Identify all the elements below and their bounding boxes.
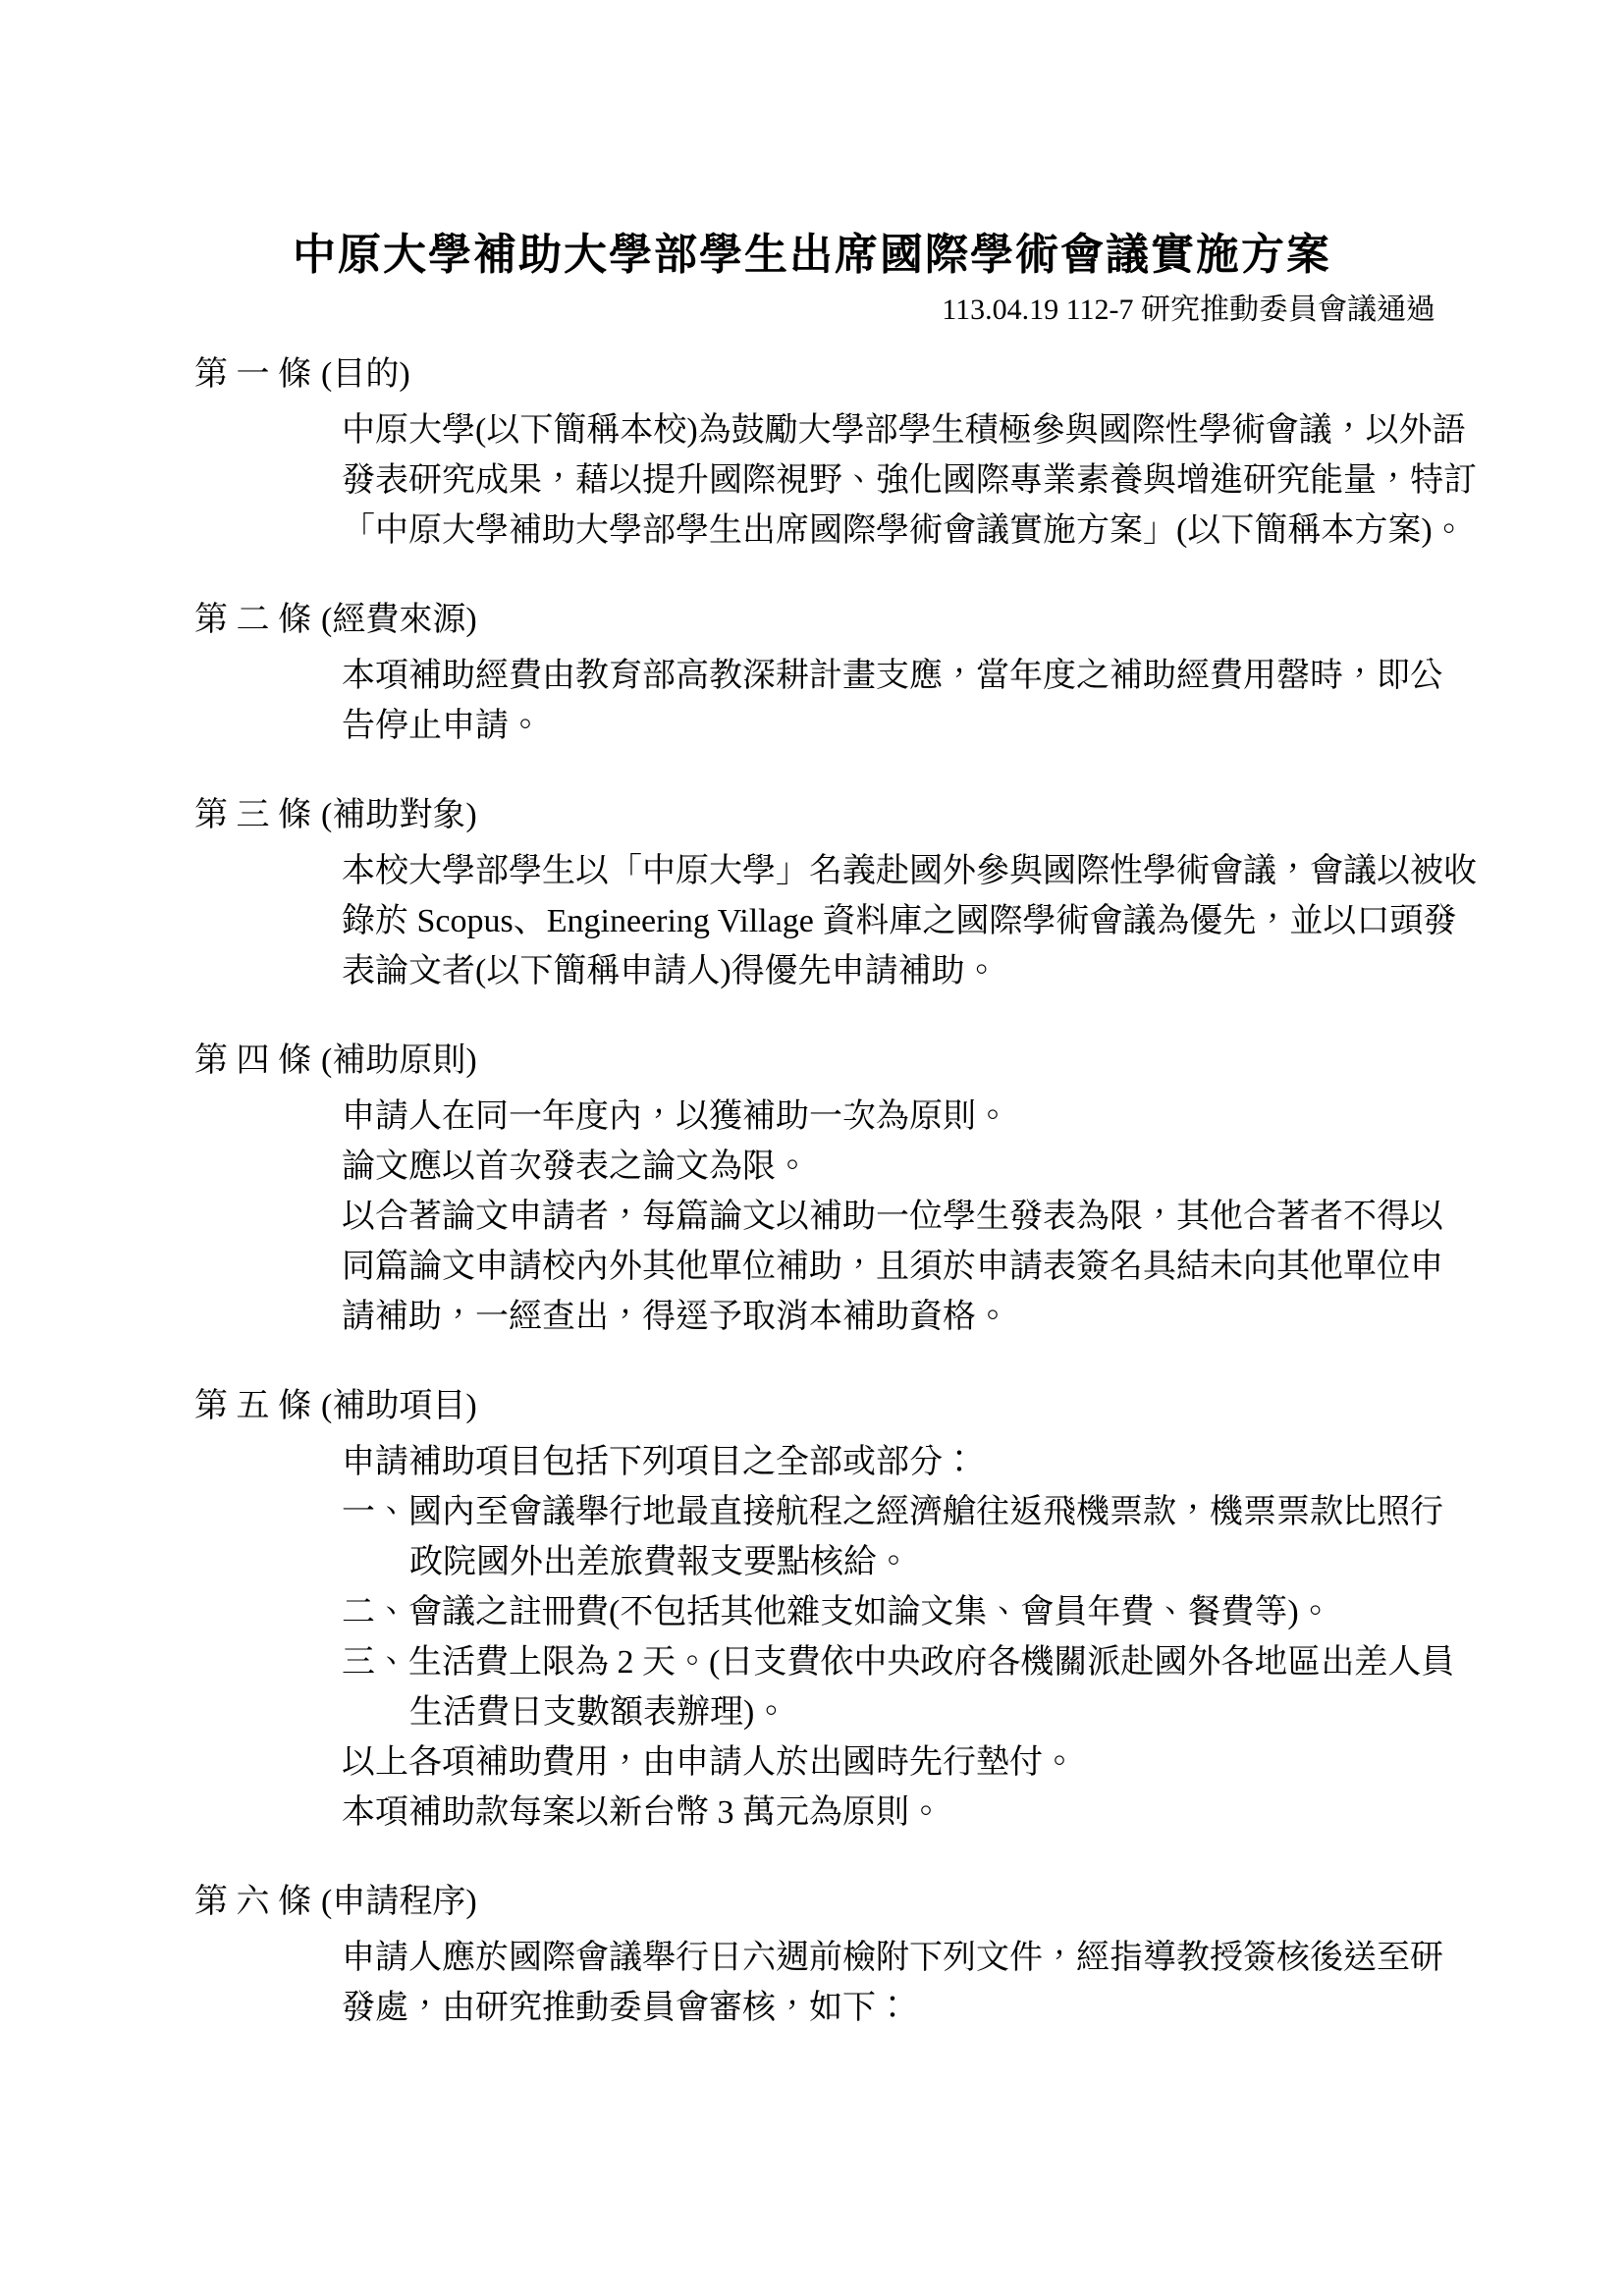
article-head: 第 五 條(補助項目)	[194, 1381, 1467, 1431]
body-line: 請補助，一經查出，得逕予取消本補助資格。	[342, 1292, 1467, 1342]
article-label: 第 六 條	[194, 1884, 311, 1920]
article-body: 申請人應於國際會議舉行日六週前檢附下列文件，經指導教授簽核後送至研發處，由研究推…	[194, 1933, 1467, 2033]
approval-note: 113.04.19 112-7 研究推動委員會議通過	[0, 291, 1435, 330]
article-body: 申請補助項目包括下列項目之全部或部分：一、國內至會議舉行地最直接航程之經濟艙往返…	[194, 1437, 1467, 1838]
article-body: 本項補助經費由教育部高教深耕計畫支應，當年度之補助經費用罄時，即公告停止申請。	[194, 651, 1467, 751]
body-line: 中原大學(以下簡稱本校)為鼓勵大學部學生積極參與國際性學術會議，以外語	[342, 405, 1467, 455]
article-head: 第 六 條(申請程序)	[194, 1877, 1467, 1927]
body-line: 本項補助款每案以新台幣 3 萬元為原則。	[342, 1788, 1467, 1838]
article-label: 第 三 條	[194, 797, 311, 833]
body-line: 發表研究成果，藉以提升國際視野、強化國際專業素養與增進研究能量，特訂	[342, 455, 1467, 506]
body-line: 申請人應於國際會議舉行日六週前檢附下列文件，經指導教授簽核後送至研	[342, 1933, 1467, 1983]
article-heading: (補助原則)	[321, 1042, 477, 1079]
body-line: 三、生活費上限為 2 天。(日支費依中央政府各機關派赴國外各地區出差人員	[342, 1637, 1467, 1687]
body-line: 一、國內至會議舉行地最直接航程之經濟艙往返飛機票款，機票票款比照行	[342, 1487, 1467, 1537]
article-head: 第 二 條(經費來源)	[194, 595, 1467, 645]
body-line: 本項補助經費由教育部高教深耕計畫支應，當年度之補助經費用罄時，即公	[342, 651, 1467, 701]
body-line: 生活費日支數額表辦理)。	[409, 1687, 1467, 1737]
article-heading: (經費來源)	[321, 602, 477, 638]
document-page: 中原大學補助大學部學生出席國際學術會議實施方案 113.04.19 112-7 …	[0, 0, 1624, 2296]
document-title: 中原大學補助大學部學生出席國際學術會議實施方案	[0, 228, 1624, 283]
body-line: 申請補助項目包括下列項目之全部或部分：	[342, 1437, 1467, 1487]
body-line: 二、會議之註冊費(不包括其他雜支如論文集、會員年費、餐費等)。	[342, 1587, 1467, 1637]
article-label: 第 二 條	[194, 602, 311, 638]
body-line: 論文應以首次發表之論文為限。	[342, 1142, 1467, 1192]
article-label: 第 五 條	[194, 1388, 311, 1424]
body-line: 錄於 Scopus、Engineering Village 資料庫之國際學術會議…	[342, 896, 1467, 946]
body-line: 發處，由研究推動委員會審核，如下：	[342, 1983, 1467, 2033]
article-heading: (目的)	[321, 356, 410, 393]
article: 第 四 條(補助原則)申請人在同一年度內，以獲補助一次為原則。論文應以首次發表之…	[194, 1036, 1467, 1342]
body-line: 以合著論文申請者，每篇論文以補助一位學生發表為限，其他合著者不得以	[342, 1192, 1467, 1242]
article: 第 六 條(申請程序)申請人應於國際會議舉行日六週前檢附下列文件，經指導教授簽核…	[194, 1877, 1467, 2033]
article: 第 一 條(目的)中原大學(以下簡稱本校)為鼓勵大學部學生積極參與國際性學術會議…	[194, 349, 1467, 556]
article-head: 第 三 條(補助對象)	[194, 790, 1467, 840]
article-label: 第 一 條	[194, 356, 311, 393]
article-label: 第 四 條	[194, 1042, 311, 1079]
article: 第 三 條(補助對象)本校大學部學生以「中原大學」名義赴國外參與國際性學術會議，…	[194, 790, 1467, 996]
article-head: 第 四 條(補助原則)	[194, 1036, 1467, 1086]
article: 第 二 條(經費來源)本項補助經費由教育部高教深耕計畫支應，當年度之補助經費用罄…	[194, 595, 1467, 751]
article-body: 申請人在同一年度內，以獲補助一次為原則。論文應以首次發表之論文為限。以合著論文申…	[194, 1092, 1467, 1342]
body-line: 以上各項補助費用，由申請人於出國時先行墊付。	[342, 1737, 1467, 1788]
body-line: 同篇論文申請校內外其他單位補助，且須於申請表簽名具結未向其他單位申	[342, 1242, 1467, 1292]
article-head: 第 一 條(目的)	[194, 349, 1467, 400]
article-body: 中原大學(以下簡稱本校)為鼓勵大學部學生積極參與國際性學術會議，以外語發表研究成…	[194, 405, 1467, 556]
body-line: 本校大學部學生以「中原大學」名義赴國外參與國際性學術會議，會議以被收	[342, 846, 1467, 896]
body-line: 「中原大學補助大學部學生出席國際學術會議實施方案」(以下簡稱本方案)。	[342, 506, 1467, 556]
articles-container: 第 一 條(目的)中原大學(以下簡稱本校)為鼓勵大學部學生積極參與國際性學術會議…	[0, 349, 1624, 2033]
body-line: 告停止申請。	[342, 701, 1467, 751]
body-line: 申請人在同一年度內，以獲補助一次為原則。	[342, 1092, 1467, 1142]
article: 第 五 條(補助項目)申請補助項目包括下列項目之全部或部分：一、國內至會議舉行地…	[194, 1381, 1467, 1838]
article-heading: (補助對象)	[321, 797, 477, 833]
body-line: 政院國外出差旅費報支要點核給。	[409, 1537, 1467, 1587]
article-heading: (補助項目)	[321, 1388, 477, 1424]
article-heading: (申請程序)	[321, 1884, 477, 1920]
article-body: 本校大學部學生以「中原大學」名義赴國外參與國際性學術會議，會議以被收錄於 Sco…	[194, 846, 1467, 996]
body-line: 表論文者(以下簡稱申請人)得優先申請補助。	[342, 946, 1467, 996]
